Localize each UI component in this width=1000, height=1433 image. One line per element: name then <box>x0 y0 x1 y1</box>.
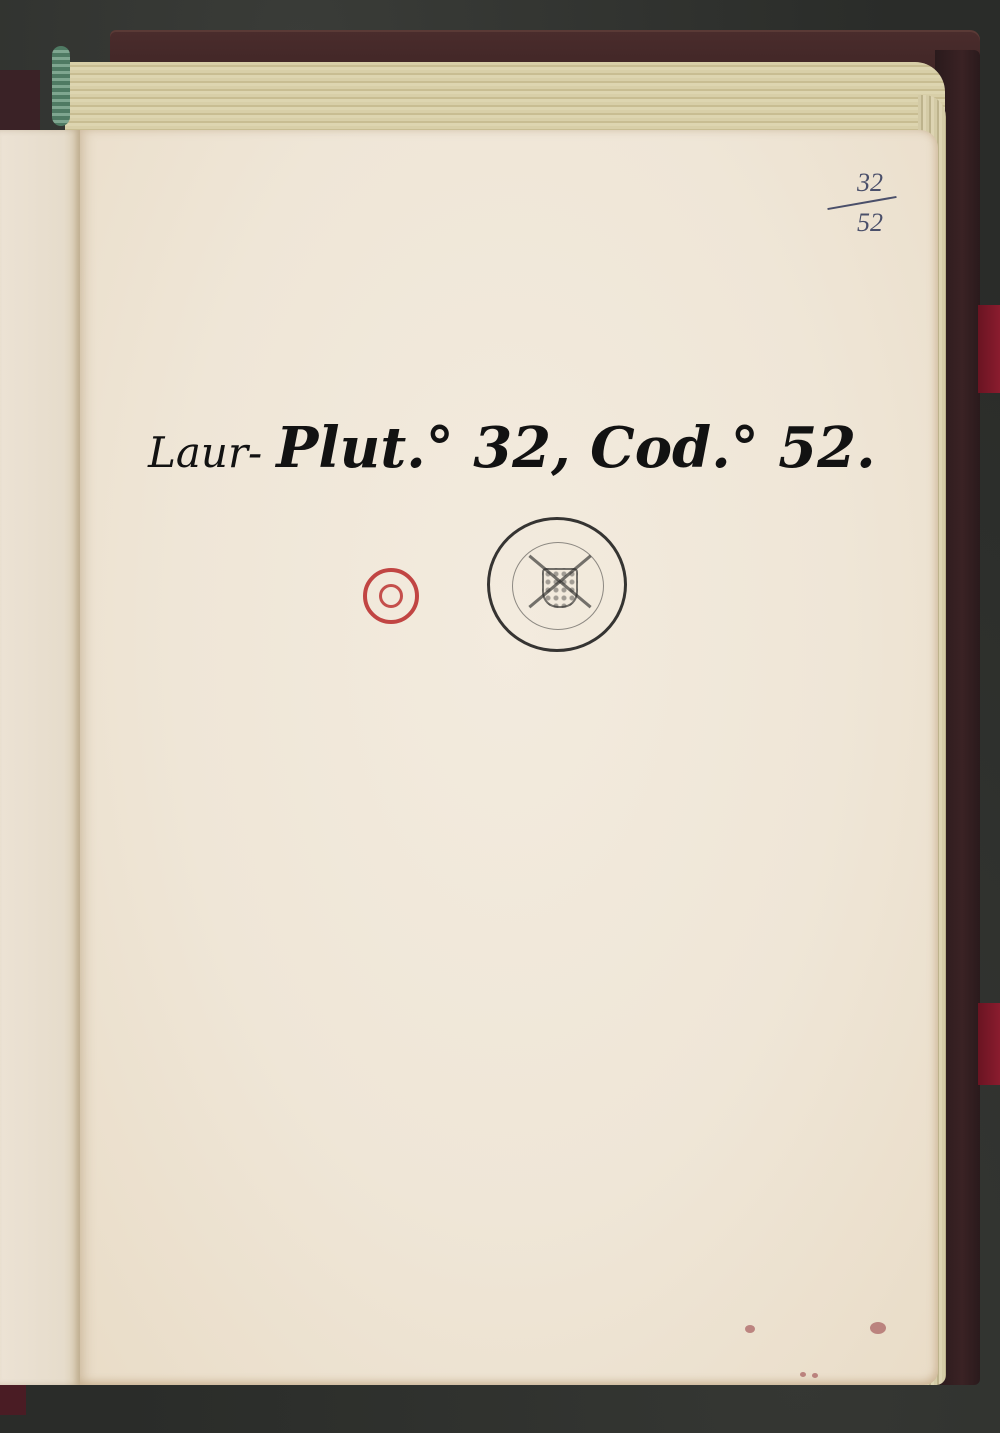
verso-page <box>0 130 80 1385</box>
shelfmark-denominator: 52 <box>835 210 905 236</box>
stain <box>812 1373 818 1378</box>
recto-page <box>80 130 938 1385</box>
red-tab-lower <box>978 1003 1000 1085</box>
stamp-medici-shield-icon <box>542 568 578 608</box>
inscription-prefix: Laur- <box>148 428 262 477</box>
inscription-text: Plut.° 32, Cod.° 52. <box>276 415 875 481</box>
stain <box>870 1322 886 1334</box>
shelfmark-inscription: Laur-Plut.° 32, Cod.° 52. <box>148 415 876 481</box>
stain <box>800 1372 806 1377</box>
red-stamp-emblem-icon <box>379 584 403 608</box>
black-library-stamp <box>487 517 627 652</box>
headband <box>52 46 70 126</box>
book-cover-left <box>0 70 40 130</box>
red-library-stamp <box>363 568 419 624</box>
text-block-top-edge <box>65 62 945 132</box>
stain <box>745 1325 755 1333</box>
shelfmark-numerator: 32 <box>835 170 905 196</box>
red-tab-upper <box>978 305 1000 393</box>
pencil-shelfmark: 32 52 <box>835 170 905 245</box>
